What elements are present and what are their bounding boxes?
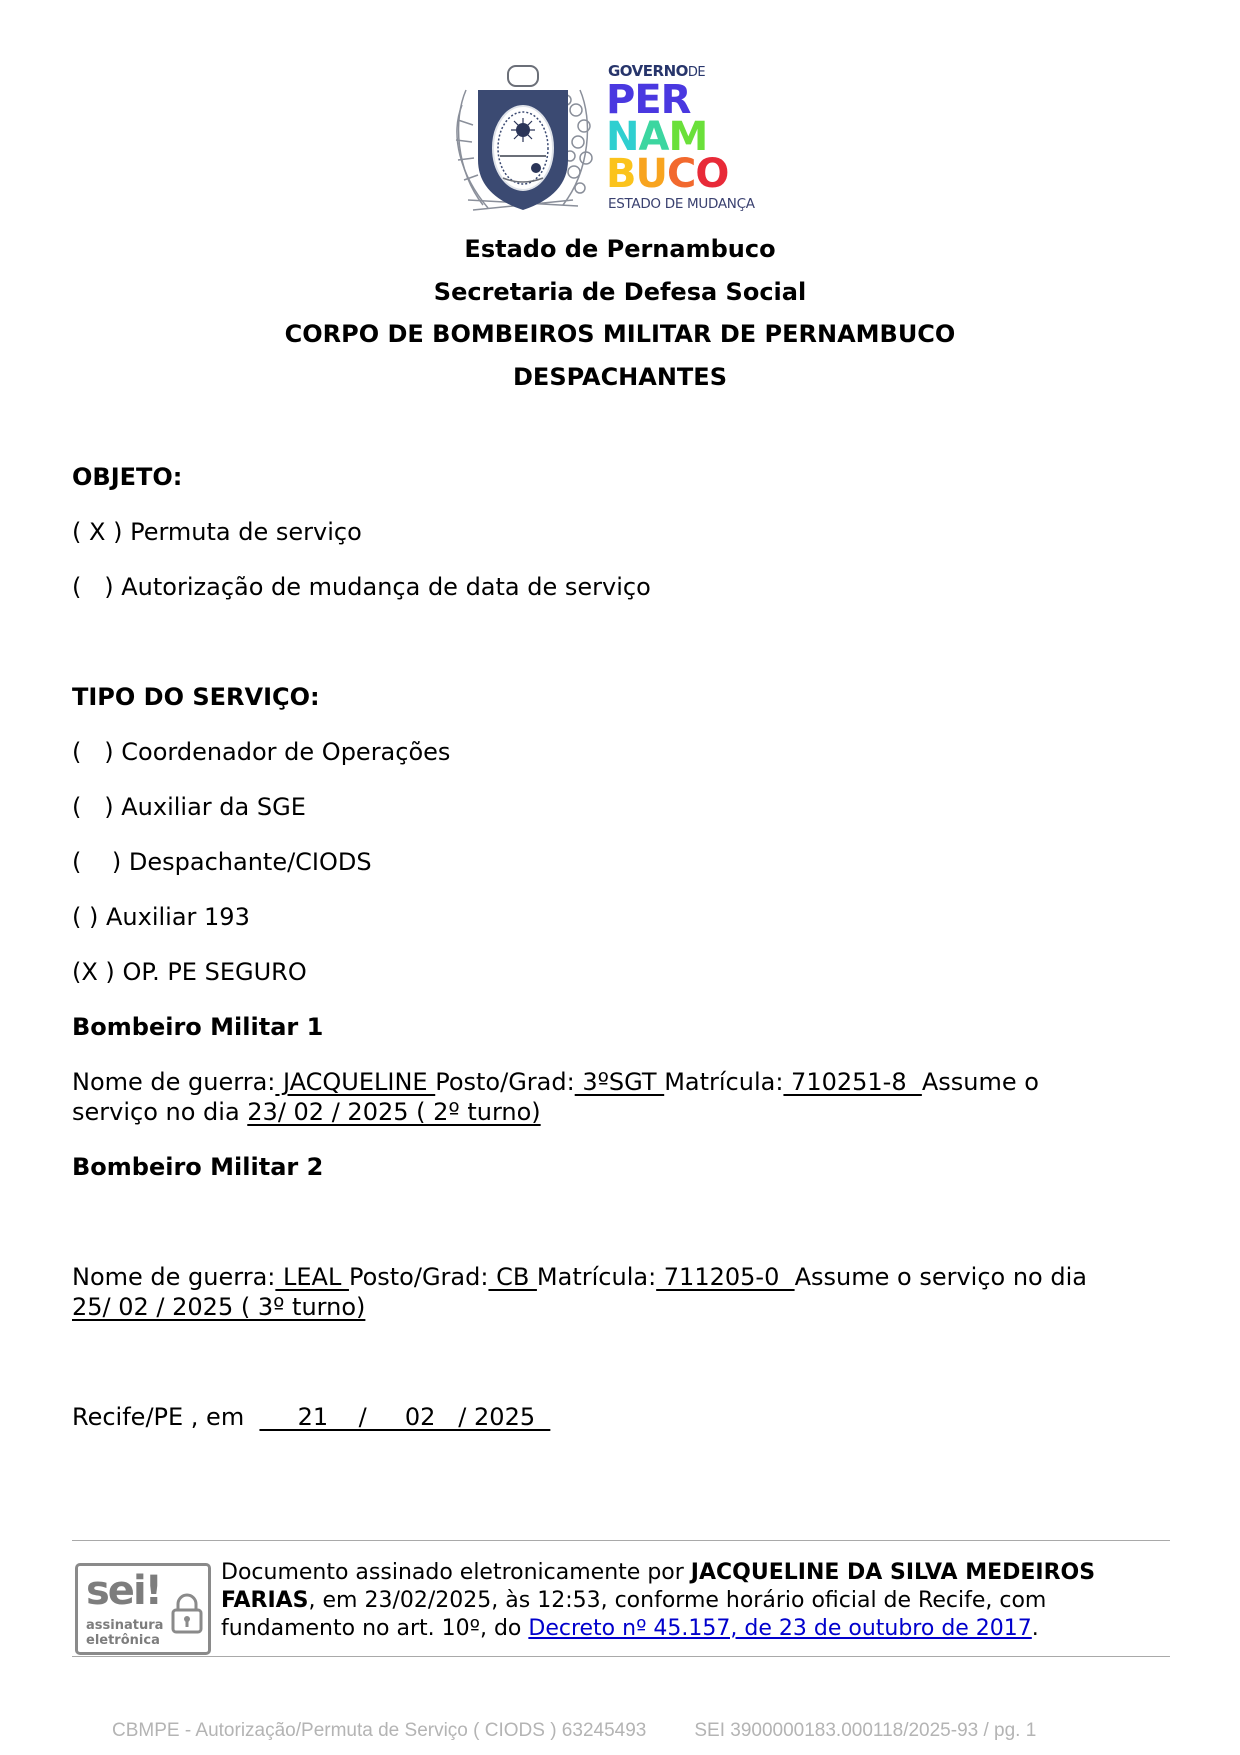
option-label: Auxiliar da SGE <box>121 793 306 821</box>
sei-seal: sei! assinatura eletrônica <box>75 1563 211 1655</box>
electronic-signature: sei! assinatura eletrônica Documento ass… <box>72 1553 1172 1655</box>
decree-link[interactable]: Decreto nº 45.157, de 23 de outubro de 2… <box>528 1616 1031 1641</box>
checkbox-mark[interactable]: ( ) <box>72 738 114 766</box>
option-label: Permuta de serviço <box>130 518 362 546</box>
matricula-value[interactable]: 711205-0 <box>656 1263 794 1291</box>
tipo-option-auxiliar-sge[interactable]: ( ) Auxiliar da SGE <box>72 792 306 822</box>
governo-pernambuco-wordmark: GOVERNODE PER NAM BUCO ESTADO DE MUDANÇA <box>606 60 806 220</box>
header-corps: CORPO DE BOMBEIROS MILITAR DE PERNAMBUCO <box>0 319 1240 349</box>
place-label: Recife/PE , em <box>72 1403 259 1431</box>
bm2-details: Nome de guerra: LEAL Posto/Grad: CB Matr… <box>72 1262 1172 1322</box>
nome-label: Nome de guerra: <box>72 1068 275 1096</box>
bm1-details: Nome de guerra: JACQUELINE Posto/Grad: 3… <box>72 1067 1172 1127</box>
signature-text: Documento assinado eletronicamente por J… <box>221 1559 1171 1643</box>
sei-logo: sei! <box>86 1568 161 1614</box>
government-logo: GOVERNODE PER NAM BUCO ESTADO DE MUDANÇA <box>448 60 798 220</box>
assume-label-2: serviço no dia <box>72 1098 247 1126</box>
tipo-title: TIPO DO SERVIÇO: <box>72 682 320 712</box>
checkbox-mark[interactable]: ( ) <box>72 903 98 931</box>
tipo-option-pe-seguro[interactable]: (X ) OP. PE SEGURO <box>72 957 307 987</box>
nome-label: Nome de guerra: <box>72 1263 275 1291</box>
header-department: DESPACHANTES <box>0 362 1240 392</box>
bm2-title: Bombeiro Militar 2 <box>72 1152 323 1182</box>
service-date[interactable]: 25/ 02 / 2025 ( 3º turno) <box>72 1293 365 1321</box>
matricula-value[interactable]: 710251-8 <box>783 1068 921 1096</box>
option-label: Autorização de mudança de data de serviç… <box>121 573 651 601</box>
place-date: Recife/PE , em 21 / 02 / 2025 <box>72 1402 550 1432</box>
tipo-option-auxiliar-193[interactable]: ( ) Auxiliar 193 <box>72 902 250 932</box>
coat-of-arms-icon <box>448 60 598 218</box>
tipo-option-despachante[interactable]: ( ) Despachante/CIODS <box>72 847 372 877</box>
checkbox-mark[interactable]: ( X ) <box>72 518 122 546</box>
checkbox-mark[interactable]: ( ) <box>72 573 114 601</box>
checkbox-mark[interactable]: (X ) <box>72 958 115 986</box>
nome-value[interactable]: JACQUELINE <box>275 1068 435 1096</box>
service-date[interactable]: 23/ 02 / 2025 ( 2º turno) <box>247 1098 540 1126</box>
lock-icon <box>170 1592 204 1634</box>
checkbox-mark[interactable]: ( ) <box>72 793 114 821</box>
posto-value[interactable]: 3ºSGT <box>575 1068 664 1096</box>
footer-process-page: SEI 3900000183.000118/2025-93 / pg. 1 <box>694 1720 1036 1741</box>
divider-top <box>72 1540 1170 1541</box>
assume-label: Assume o serviço no dia <box>795 1263 1087 1291</box>
objeto-option-autorizacao[interactable]: ( ) Autorização de mudança de data de se… <box>72 572 651 602</box>
objeto-option-permuta[interactable]: ( X ) Permuta de serviço <box>72 517 362 547</box>
page-footer: CBMPE - Autorização/Permuta de Serviço (… <box>112 1720 1036 1742</box>
nome-value[interactable]: LEAL <box>275 1263 349 1291</box>
option-label: OP. PE SEGURO <box>122 958 306 986</box>
checkbox-mark[interactable]: ( ) <box>72 848 121 876</box>
option-label: Auxiliar 193 <box>106 903 250 931</box>
sign-date[interactable]: 21 / 02 / 2025 <box>259 1403 550 1431</box>
posto-label: Posto/Grad: <box>349 1263 488 1291</box>
footer-document-id: CBMPE - Autorização/Permuta de Serviço (… <box>112 1720 646 1741</box>
matricula-label: Matrícula: <box>537 1263 656 1291</box>
bm1-title: Bombeiro Militar 1 <box>72 1012 323 1042</box>
header-secretariat: Secretaria de Defesa Social <box>0 277 1240 307</box>
option-label: Despachante/CIODS <box>129 848 372 876</box>
divider-bottom <box>72 1656 1170 1657</box>
assume-label: Assume o <box>922 1068 1039 1096</box>
header-state: Estado de Pernambuco <box>0 234 1240 264</box>
objeto-title: OBJETO: <box>72 462 182 492</box>
matricula-label: Matrícula: <box>664 1068 783 1096</box>
tipo-option-coordenador[interactable]: ( ) Coordenador de Operações <box>72 737 450 767</box>
option-label: Coordenador de Operações <box>121 738 450 766</box>
posto-value[interactable]: CB <box>488 1263 536 1291</box>
posto-label: Posto/Grad: <box>435 1068 574 1096</box>
